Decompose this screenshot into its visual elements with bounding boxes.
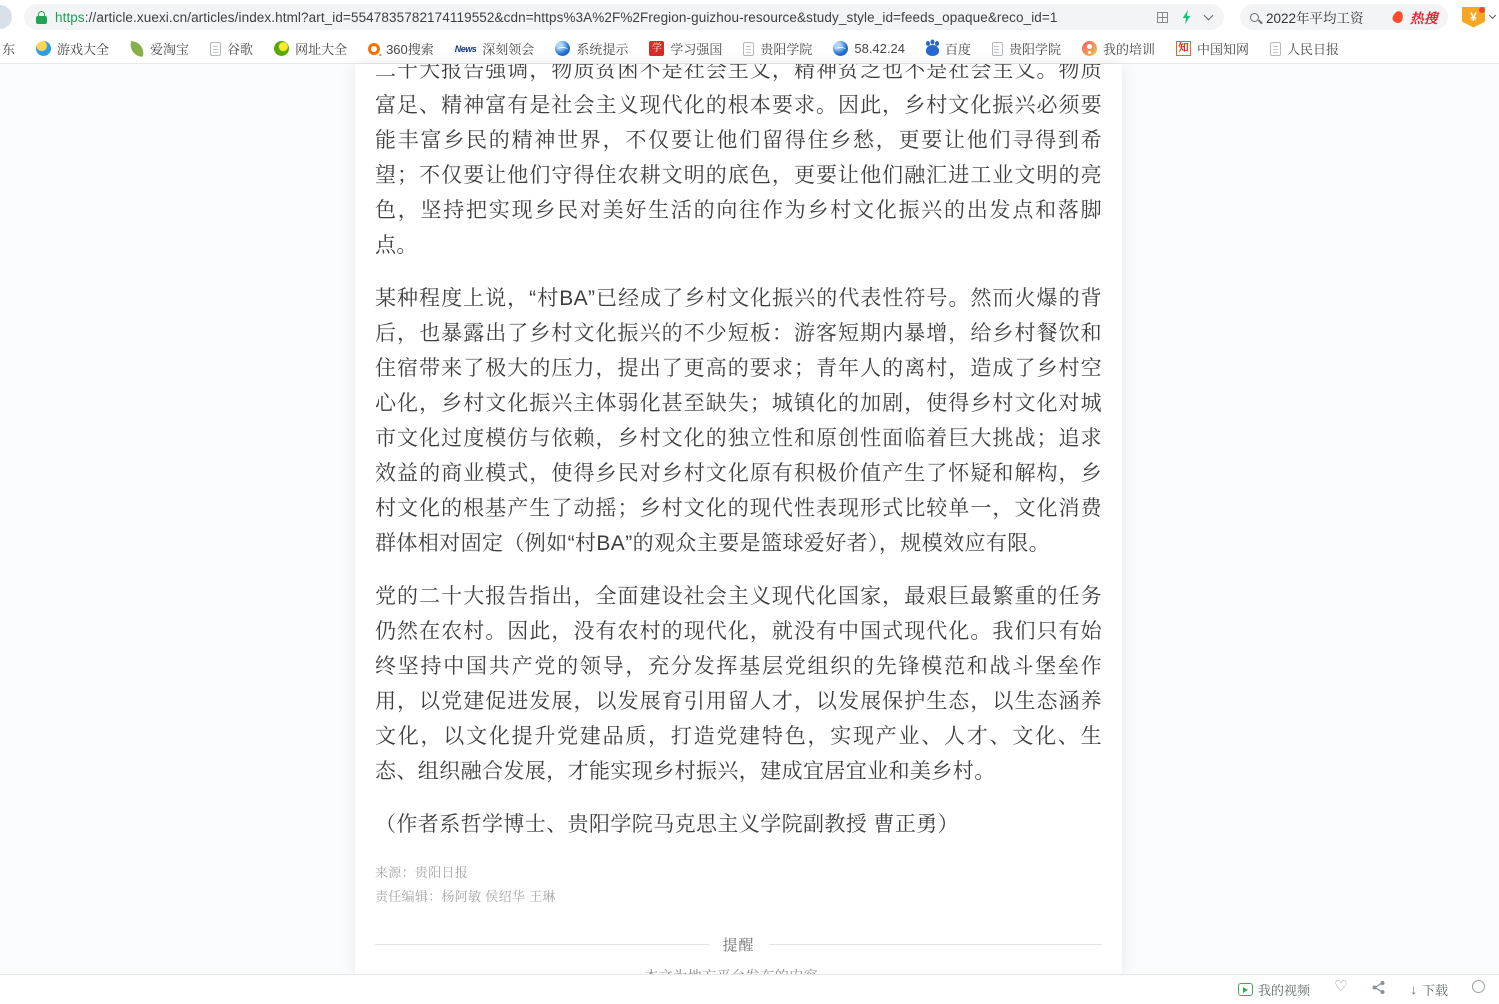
bookmark-label: 人民日报 [1287, 39, 1339, 58]
yen-symbol: ¥ [1470, 11, 1477, 23]
bookmark-label: 深刻领会 [482, 39, 534, 58]
navball-icon [274, 41, 289, 56]
my-videos-button[interactable]: 我的视频 [1238, 980, 1310, 987]
address-bar[interactable]: https://article.xuexi.cn/articles/index.… [24, 4, 1224, 30]
bookmark-item[interactable]: 58.42.24 [833, 41, 905, 56]
training-icon [1082, 41, 1097, 56]
bookmark-item[interactable]: 知中国知网 [1176, 39, 1249, 58]
play-icon [1238, 983, 1253, 987]
bookmark-item[interactable]: 网址大全 [274, 39, 347, 58]
file-icon [743, 42, 754, 56]
notice-body: 本文为地方平台发布的内容。 [375, 966, 1102, 974]
bottom-toolbar: 我的视频 ♡ ↓ 下载 [0, 974, 1499, 987]
download-button[interactable]: ↓ 下载 [1410, 980, 1448, 987]
status-circle-icon[interactable] [1472, 980, 1485, 987]
sphere-icon [36, 41, 51, 56]
bookmark-label: 58.42.24 [854, 41, 905, 56]
article-content: 二十大报告强调，物质贫困不是社会主义，精神贫乏也不是社会主义。物质富足、精神富有… [355, 64, 1122, 974]
download-icon: ↓ [1410, 982, 1417, 987]
article-paragraph: 某种程度上说，“村BA”已经成了乡村文化振兴的代表性符号。然而火爆的背后，也暴露… [375, 281, 1102, 561]
file-icon [1270, 42, 1281, 56]
bookmark-item[interactable]: 爱淘宝 [130, 39, 189, 58]
news-icon: News [455, 44, 477, 54]
bookmark-label: 东 [2, 39, 15, 58]
bookmark-item[interactable]: 贵阳学院 [992, 39, 1061, 58]
my-videos-label: 我的视频 [1258, 980, 1310, 987]
bookmark-item[interactable]: 系统提示 [555, 39, 628, 58]
share-icon[interactable] [1371, 980, 1386, 987]
bookmark-label: 学习强国 [670, 39, 722, 58]
bookmark-item[interactable]: 360搜索 [368, 39, 434, 58]
notice-title: 提醒 [723, 934, 755, 955]
bookmarks-bar: 东游戏大全爱淘宝谷歌网址大全360搜索News深刻领会系统提示学学习强国贵阳学院… [0, 34, 1499, 64]
bookmark-item[interactable]: 学学习强国 [649, 39, 722, 58]
wallet-chevron-icon[interactable] [1489, 11, 1496, 18]
search-icon [1250, 13, 1259, 22]
bookmark-label: 百度 [945, 39, 971, 58]
address-bar-icons [1157, 10, 1212, 24]
download-label: 下载 [1422, 980, 1448, 987]
file-icon [210, 42, 221, 56]
qr-code-icon[interactable] [1157, 12, 1168, 23]
article-paragraph: 二十大报告强调，物质贫困不是社会主义，精神贫乏也不是社会主义。物质富足、精神富有… [375, 64, 1102, 263]
divider-line [375, 944, 709, 945]
bookmark-label: 系统提示 [576, 39, 628, 58]
bookmark-label: 贵阳学院 [760, 39, 812, 58]
author-line: （作者系哲学博士、贵阳学院马克思主义学院副教授 曹正勇） [375, 807, 1102, 842]
bookmark-item[interactable]: 贵阳学院 [743, 39, 812, 58]
notification-dot [1479, 7, 1485, 13]
flame-icon [1391, 10, 1404, 25]
page-background: 二十大报告强调，物质贫困不是社会主义，精神贫乏也不是社会主义。物质富足、精神富有… [0, 64, 1499, 974]
chevron-down-icon[interactable] [1204, 10, 1214, 20]
article-paragraph: 党的二十大报告指出，全面建设社会主义现代化国家，最艰巨最繁重的任务仍然在农村。因… [375, 579, 1102, 789]
lock-icon [36, 16, 47, 24]
bookmark-label: 网址大全 [295, 39, 347, 58]
browser-chrome: https://article.xuexi.cn/articles/index.… [0, 0, 1499, 34]
wallet-shield-icon[interactable]: ¥ [1462, 7, 1485, 28]
baidu-icon [926, 45, 939, 56]
bookmark-item[interactable]: 游戏大全 [36, 39, 109, 58]
bookmark-item[interactable]: 东 [2, 39, 15, 58]
file-icon [992, 42, 1003, 56]
lightning-icon[interactable] [1181, 10, 1192, 24]
xuexi-icon: 学 [649, 41, 664, 56]
hot-search-label[interactable]: 热搜 [1410, 7, 1438, 27]
search-box[interactable]: 2022年平均工资 热搜 [1240, 4, 1448, 30]
nav-button-partial[interactable] [0, 5, 12, 29]
editors-line: 责任编辑：杨阿敏 侯绍华 王琳 [375, 885, 1102, 909]
heart-icon[interactable]: ♡ [1334, 980, 1347, 987]
bookmark-item[interactable]: 百度 [926, 39, 971, 58]
bookmark-label: 游戏大全 [57, 39, 109, 58]
bookmark-label: 我的培训 [1103, 39, 1155, 58]
notice-header: 提醒 [375, 933, 1102, 955]
url-rest: ://article.xuexi.cn/articles/index.html?… [85, 10, 1058, 25]
source-line: 来源：贵阳日报 [375, 861, 1102, 885]
notice-section: 提醒 本文为地方平台发布的内容。 [375, 933, 1102, 974]
bookmark-item[interactable]: 人民日报 [1270, 39, 1339, 58]
leaf-icon [129, 41, 145, 57]
bookmark-item[interactable]: 我的培训 [1082, 39, 1155, 58]
search-query[interactable]: 2022年平均工资 [1266, 7, 1386, 27]
article-paragraphs: 二十大报告强调，物质贫困不是社会主义，精神贫乏也不是社会主义。物质富足、精神富有… [375, 64, 1102, 789]
globe-icon [833, 41, 848, 56]
url-text[interactable]: https://article.xuexi.cn/articles/index.… [55, 10, 1149, 25]
bookmark-item[interactable]: 谷歌 [210, 39, 253, 58]
globe-icon [555, 41, 570, 56]
url-scheme: https [55, 10, 85, 25]
bookmark-label: 贵阳学院 [1009, 39, 1061, 58]
divider-line [769, 944, 1103, 945]
bookmark-item[interactable]: News深刻领会 [455, 39, 535, 58]
ring360-icon [368, 43, 380, 55]
bookmark-label: 爱淘宝 [150, 39, 189, 58]
cnki-icon: 知 [1176, 41, 1191, 56]
bookmark-label: 360搜索 [386, 39, 434, 58]
bookmark-label: 中国知网 [1197, 39, 1249, 58]
bookmark-label: 谷歌 [227, 39, 253, 58]
